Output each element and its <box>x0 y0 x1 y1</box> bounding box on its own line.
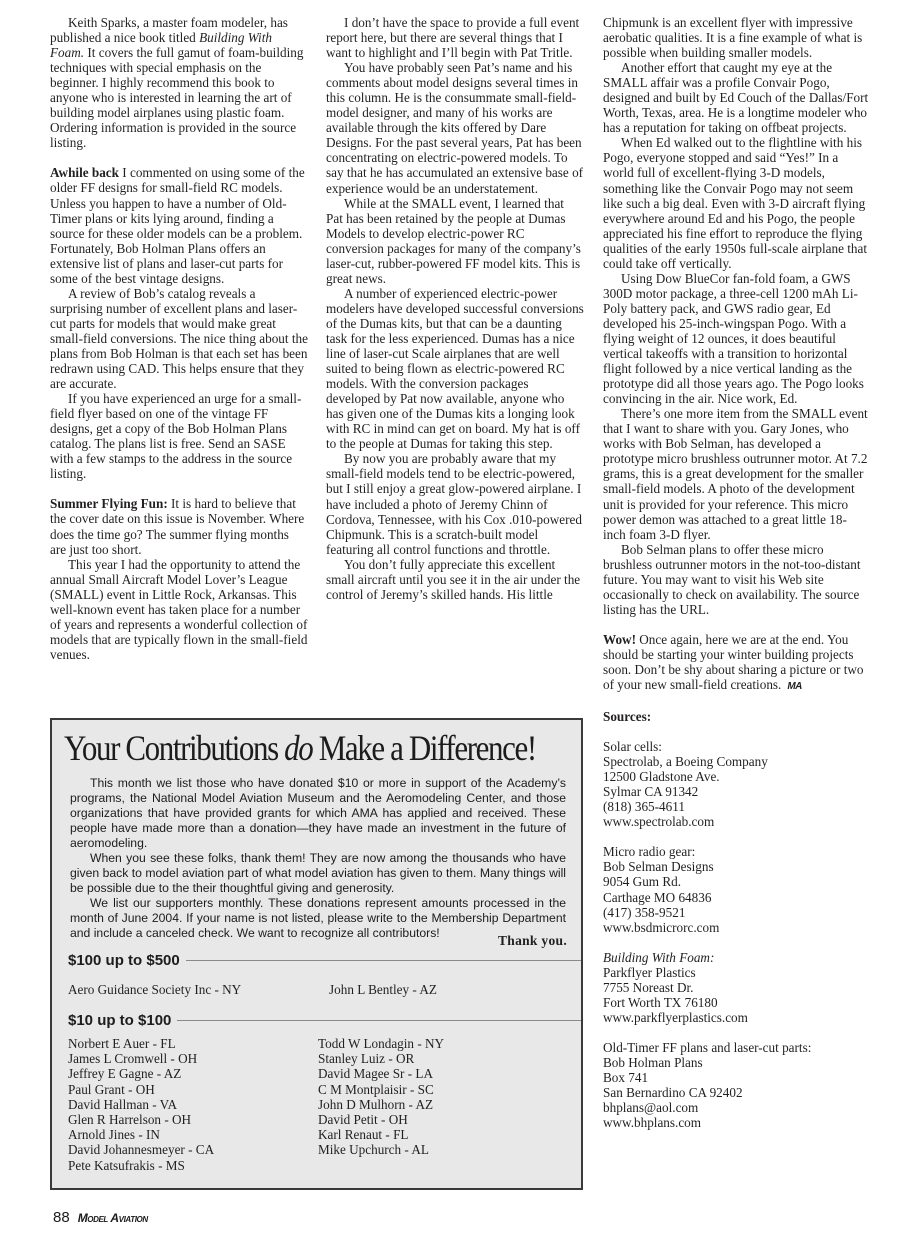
source-line: San Bernardino CA 92402 <box>603 1085 869 1100</box>
source-link[interactable]: bhplans@aol.com <box>603 1100 869 1115</box>
donor-name: Mike Upchurch - AL <box>318 1142 444 1157</box>
tier-heading-10-100: $10 up to $100 <box>68 1010 581 1030</box>
donor-name: David Hallman - VA <box>68 1097 214 1112</box>
source-line: 9054 Gum Rd. <box>603 874 869 889</box>
article-paragraph: Using Dow BlueCor fan-fold foam, a GWS 3… <box>603 271 869 406</box>
contributions-title: Your Contributions do Make a Difference! <box>64 726 536 770</box>
text-run: While at the SMALL event, I learned that… <box>326 196 581 286</box>
article-column-1: Keith Sparks, a master foam modeler, has… <box>50 15 308 662</box>
donor-list-10-100-right: Todd W Londagin - NYStanley Luiz - ORDav… <box>318 1036 444 1158</box>
donor-name: Arnold Jines - IN <box>68 1127 214 1142</box>
donor-name: Stanley Luiz - OR <box>318 1051 444 1066</box>
donor-name: David Magee Sr - LA <box>318 1066 444 1081</box>
article-paragraph: Wow! Once again, here we are at the end.… <box>603 632 869 694</box>
donor-name: David Petit - OH <box>318 1112 444 1127</box>
donor-name: Karl Renaut - FL <box>318 1127 444 1142</box>
source-line: Spectrolab, a Boeing Company <box>603 754 869 769</box>
donor-name: Glen R Harrelson - OH <box>68 1112 214 1127</box>
source-entry: Solar cells:Spectrolab, a Boeing Company… <box>603 739 869 829</box>
donor-list-100-500-right: John L Bentley - AZ <box>329 982 437 997</box>
text-run: Using Dow BlueCor fan-fold foam, a GWS 3… <box>603 271 864 406</box>
donor-name: David Johannesmeyer - CA <box>68 1142 214 1157</box>
article-paragraph: A review of Bob’s catalog reveals a surp… <box>50 286 308 391</box>
source-entry: Old-Timer FF plans and laser-cut parts:B… <box>603 1040 869 1130</box>
thank-you-signoff: Thank you. <box>498 933 567 949</box>
article-paragraph: Bob Selman plans to offer these micro br… <box>603 542 869 617</box>
text-run: If you have experienced an urge for a sm… <box>50 391 301 481</box>
article-paragraph: By now you are probably aware that my sm… <box>326 451 584 556</box>
text-run: You have probably seen Pat’s name and hi… <box>326 60 583 195</box>
text-run: There’s one more item from the SMALL eve… <box>603 406 868 541</box>
source-entry: Micro radio gear:Bob Selman Designs9054 … <box>603 844 869 934</box>
article-paragraph: You don’t fully appreciate this excellen… <box>326 557 584 602</box>
source-line: Bob Holman Plans <box>603 1055 869 1070</box>
intro-paragraph: When you see these folks, thank them! Th… <box>70 851 566 896</box>
donor-name: Jeffrey E Gagne - AZ <box>68 1066 214 1081</box>
text-run: Bob Selman plans to offer these micro br… <box>603 542 861 617</box>
source-line: (417) 358-9521 <box>603 905 869 920</box>
run-in-heading: Wow! <box>603 632 636 647</box>
donor-name: Todd W Londagin - NY <box>318 1036 444 1051</box>
tier-divider <box>186 960 581 961</box>
article-paragraph: If you have experienced an urge for a sm… <box>50 391 308 481</box>
source-line: (818) 365-4611 <box>603 799 869 814</box>
donor-name: C M Montplaisir - SC <box>318 1082 444 1097</box>
run-in-heading: Summer Flying Fun: <box>50 496 168 511</box>
article-paragraph: This year I had the opportunity to atten… <box>50 557 308 662</box>
source-line: Fort Worth TX 76180 <box>603 995 869 1010</box>
source-line: Bob Selman Designs <box>603 859 869 874</box>
magazine-name: Model Aviation <box>78 1211 148 1225</box>
donor-name: James L Cromwell - OH <box>68 1051 214 1066</box>
page-footer: 88 Model Aviation <box>53 1209 148 1226</box>
source-line: Box 741 <box>603 1070 869 1085</box>
article-paragraph: Awhile back I commented on using some of… <box>50 165 308 285</box>
article-paragraph: Another effort that caught my eye at the… <box>603 60 869 135</box>
source-link[interactable]: www.spectrolab.com <box>603 814 869 829</box>
contributions-box: Your Contributions do Make a Difference!… <box>50 718 583 1190</box>
source-label: Old-Timer FF plans and laser-cut parts: <box>603 1040 869 1055</box>
source-line: Parkflyer Plastics <box>603 965 869 980</box>
donor-name: Aero Guidance Society Inc - NY <box>68 982 241 997</box>
source-entry: Building With Foam:Parkflyer Plastics775… <box>603 950 869 1025</box>
text-run: A number of experienced electric-power m… <box>326 286 584 451</box>
donor-name: John D Mulhorn - AZ <box>318 1097 444 1112</box>
text-run: When Ed walked out to the flightline wit… <box>603 135 867 270</box>
intro-paragraph: This month we list those who have donate… <box>70 776 566 851</box>
text-run: It covers the full gamut of foam-buildin… <box>50 45 303 150</box>
source-label: Building With Foam: <box>603 950 869 965</box>
tier-heading-100-500: $100 up to $500 <box>68 950 581 970</box>
source-label: Solar cells: <box>603 739 869 754</box>
donor-name: John L Bentley - AZ <box>329 982 437 997</box>
text-run: Another effort that caught my eye at the… <box>603 60 868 135</box>
article-column-2: I don’t have the space to provide a full… <box>326 15 584 602</box>
article-paragraph: Keith Sparks, a master foam modeler, has… <box>50 15 308 150</box>
article-paragraph: I don’t have the space to provide a full… <box>326 15 584 60</box>
text-run: By now you are probably aware that my sm… <box>326 451 582 556</box>
source-line: Sylmar CA 91342 <box>603 784 869 799</box>
article-paragraph: When Ed walked out to the flightline wit… <box>603 135 869 270</box>
source-link[interactable]: www.parkflyerplastics.com <box>603 1010 869 1025</box>
source-link[interactable]: www.bsdmicrorc.com <box>603 920 869 935</box>
intro-paragraph: We list our supporters monthly. These do… <box>70 896 566 941</box>
article-column-3-text: Chipmunk is an excellent flyer with impr… <box>603 15 869 694</box>
tier-label: $100 up to $500 <box>68 952 180 969</box>
title-emphasis: do <box>284 728 312 768</box>
text-run: You don’t fully appreciate this excellen… <box>326 557 580 602</box>
tier-label: $10 up to $100 <box>68 1012 171 1029</box>
text-run: I don’t have the space to provide a full… <box>326 15 579 60</box>
article-paragraph: You have probably seen Pat’s name and hi… <box>326 60 584 195</box>
donor-list-10-100-left: Norbert E Auer - FLJames L Cromwell - OH… <box>68 1036 214 1173</box>
end-mark-logo: MA <box>787 681 802 692</box>
text-run: A review of Bob’s catalog reveals a surp… <box>50 286 308 391</box>
donor-name: Norbert E Auer - FL <box>68 1036 214 1051</box>
article-paragraph: Summer Flying Fun: It is hard to believe… <box>50 496 308 556</box>
text-run: I commented on using some of the older F… <box>50 165 305 285</box>
source-line: Carthage MO 64836 <box>603 890 869 905</box>
tier-divider <box>177 1020 581 1021</box>
donor-list-100-500-left: Aero Guidance Society Inc - NY <box>68 982 241 997</box>
article-paragraph: Chipmunk is an excellent flyer with impr… <box>603 15 869 60</box>
text-run: Chipmunk is an excellent flyer with impr… <box>603 15 862 60</box>
sources-heading: Sources: <box>603 709 869 724</box>
article-paragraph: There’s one more item from the SMALL eve… <box>603 406 869 541</box>
run-in-heading: Awhile back <box>50 165 119 180</box>
article-paragraph: A number of experienced electric-power m… <box>326 286 584 452</box>
donor-name: Pete Katsufrakis - MS <box>68 1158 214 1173</box>
text-run: This year I had the opportunity to atten… <box>50 557 307 662</box>
source-label: Micro radio gear: <box>603 844 869 859</box>
source-link[interactable]: www.bhplans.com <box>603 1115 869 1130</box>
donor-name: Paul Grant - OH <box>68 1082 214 1097</box>
sources-list: Solar cells:Spectrolab, a Boeing Company… <box>603 739 869 1130</box>
source-line: 7755 Noreast Dr. <box>603 980 869 995</box>
sources-section: Sources: Solar cells:Spectrolab, a Boein… <box>603 709 869 1130</box>
source-line: 12500 Gladstone Ave. <box>603 769 869 784</box>
text-run: Once again, here we are at the end. You … <box>603 632 864 692</box>
article-column-3: Chipmunk is an excellent flyer with impr… <box>603 15 869 1130</box>
contributions-intro: This month we list those who have donate… <box>70 776 566 941</box>
article-paragraph: While at the SMALL event, I learned that… <box>326 196 584 286</box>
page-number: 88 <box>53 1209 70 1226</box>
